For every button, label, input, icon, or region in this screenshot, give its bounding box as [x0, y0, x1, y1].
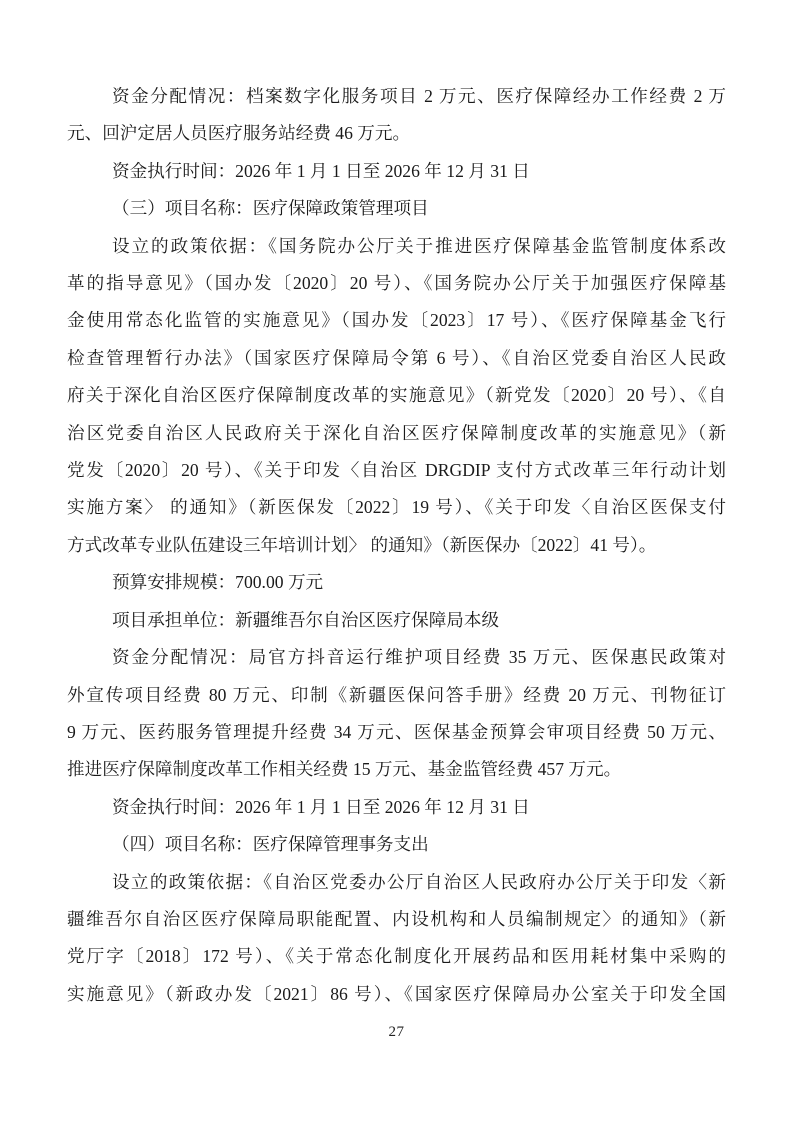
text-line: 设立的政策依据：《自治区党委办公厅自治区人民政府办公厅关于印发〈新 [67, 864, 726, 901]
text-line: 党发〔2020〕20 号）、《关于印发〈自治区 DRGDIP 支付方式改革三年行… [67, 452, 726, 489]
text-line: 项目承担单位：新疆维吾尔自治区医疗保障局本级 [67, 602, 726, 639]
text-line: 革的指导意见》（国办发〔2020〕20 号）、《国务院办公厅关于加强医疗保障基 [67, 265, 726, 302]
text-line: 资金执行时间：2026 年 1 月 1 日至 2026 年 12 月 31 日 [67, 153, 726, 190]
text-line: 治区党委自治区人民政府关于深化自治区医疗保障制度改革的实施意见》（新 [67, 415, 726, 452]
text-line: 实施意见》（新政办发〔2021〕86 号）、《国家医疗保障局办公室关于印发全国 [67, 976, 726, 1013]
text-line: 设立的政策依据：《国务院办公厅关于推进医疗保障基金监管制度体系改 [67, 228, 726, 265]
text-line: 党厅字〔2018〕172 号）、《关于常态化制度化开展药品和医用耗材集中采购的 [67, 938, 726, 975]
text-line: 预算安排规模：700.00 万元 [67, 564, 726, 601]
text-line: 资金分配情况：局官方抖音运行维护项目经费 35 万元、医保惠民政策对 [67, 639, 726, 676]
text-line: 外宣传项目经费 80 万元、印制《新疆医保问答手册》经费 20 万元、刊物征订 [67, 677, 726, 714]
text-line: 实施方案〉 的通知》（新医保发〔2022〕19 号）、《关于印发〈自治区医保支付 [67, 489, 726, 526]
page-number: 27 [389, 1024, 405, 1040]
text-line: 推进医疗保障制度改革工作相关经费 15 万元、基金监管经费 457 万元。 [67, 751, 726, 788]
text-line: 9 万元、医药服务管理提升经费 34 万元、医保基金预算会审项目经费 50 万元… [67, 714, 726, 751]
text-line: 金使用常态化监管的实施意见》（国办发〔2023〕17 号）、《医疗保障基金飞行 [67, 302, 726, 339]
text-line: 资金执行时间：2026 年 1 月 1 日至 2026 年 12 月 31 日 [67, 789, 726, 826]
text-line: 资金分配情况：档案数字化服务项目 2 万元、医疗保障经办工作经费 2 万 [67, 78, 726, 115]
text-line: 疆维吾尔自治区医疗保障局职能配置、内设机构和人员编制规定〉的通知》（新 [67, 901, 726, 938]
text-line: 检查管理暂行办法》（国家医疗保障局令第 6 号）、《自治区党委自治区人民政 [67, 340, 726, 377]
text-line: 府关于深化自治区医疗保障制度改革的实施意见》（新党发〔2020〕20 号）、《自 [67, 377, 726, 414]
document-body: 资金分配情况：档案数字化服务项目 2 万元、医疗保障经办工作经费 2 万元、回沪… [67, 78, 726, 1013]
text-line: 方式改革专业队伍建设三年培训计划〉 的通知》（新医保办〔2022〕41 号）。 [67, 527, 726, 564]
text-line: （四）项目名称：医疗保障管理事务支出 [67, 826, 726, 863]
document-page: 资金分配情况：档案数字化服务项目 2 万元、医疗保障经办工作经费 2 万元、回沪… [0, 0, 793, 1122]
text-line: 元、回沪定居人员医疗服务站经费 46 万元。 [67, 115, 726, 152]
page-footer: 27 [0, 1023, 793, 1041]
text-line: （三）项目名称：医疗保障政策管理项目 [67, 190, 726, 227]
